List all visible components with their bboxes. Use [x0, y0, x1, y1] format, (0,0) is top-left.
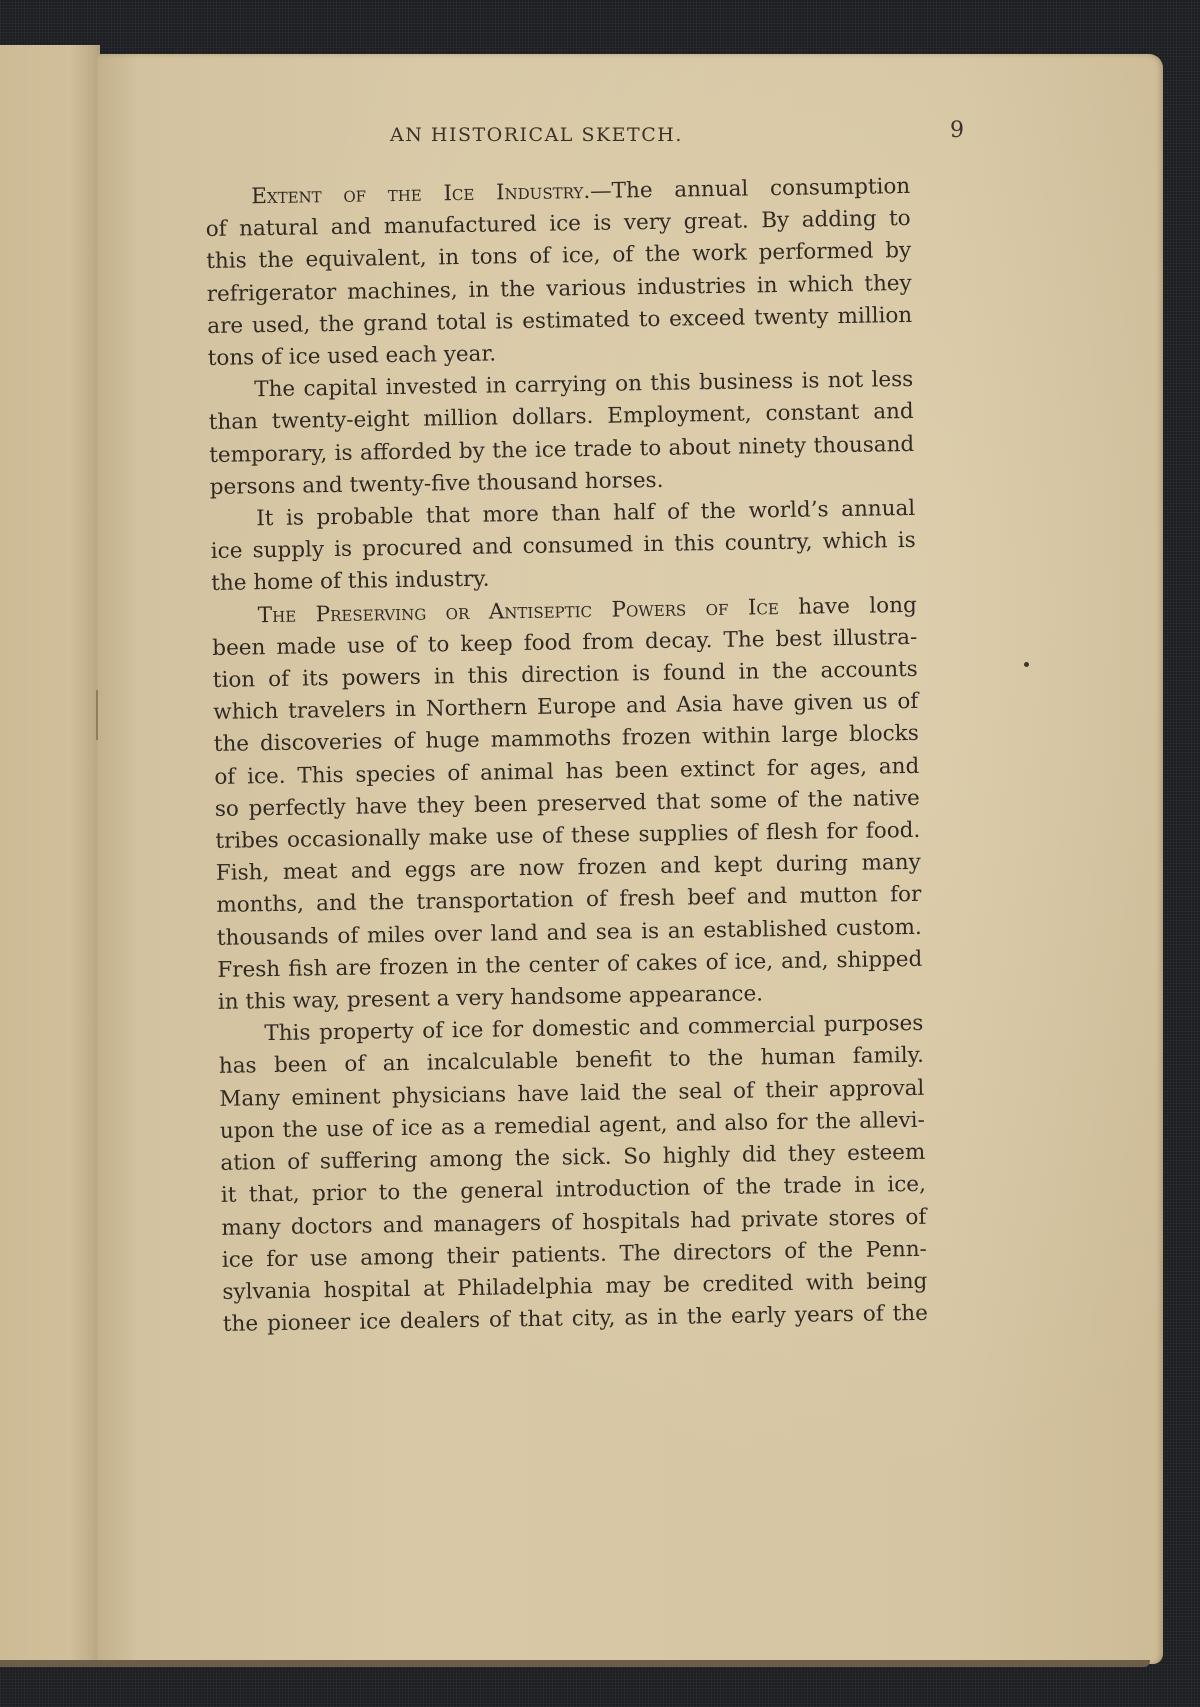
- page-number: 9: [950, 118, 964, 143]
- paragraph-world-supply: It is probable that more than half of th…: [210, 493, 916, 601]
- facing-page-edge: [0, 45, 100, 1666]
- body-text: Extent of the Ice Industry.—The annual c…: [205, 171, 928, 1341]
- text-line: —The annual consumption: [590, 174, 910, 204]
- running-head: AN HISTORICAL SKETCH.: [390, 124, 683, 146]
- text-line: have long: [779, 593, 917, 620]
- paragraph-extent-of-ice-industry: Extent of the Ice Industry.—The annual c…: [205, 171, 913, 375]
- paragraph-medical-use: This property of ice for domestic and co…: [218, 1008, 928, 1341]
- page-bottom-edge: [0, 1660, 1150, 1667]
- ink-speck: [1024, 662, 1029, 667]
- section-heading: Extent of the Ice Industry.: [251, 179, 590, 209]
- section-heading: The Preserving or Antiseptic Powers of I…: [258, 595, 779, 628]
- paragraph-capital-invested: The capital invested in carrying on this…: [208, 364, 915, 504]
- gutter-mark: [96, 690, 98, 740]
- paragraph-preserving-powers: The Preserving or Antiseptic Powers of I…: [212, 590, 923, 1020]
